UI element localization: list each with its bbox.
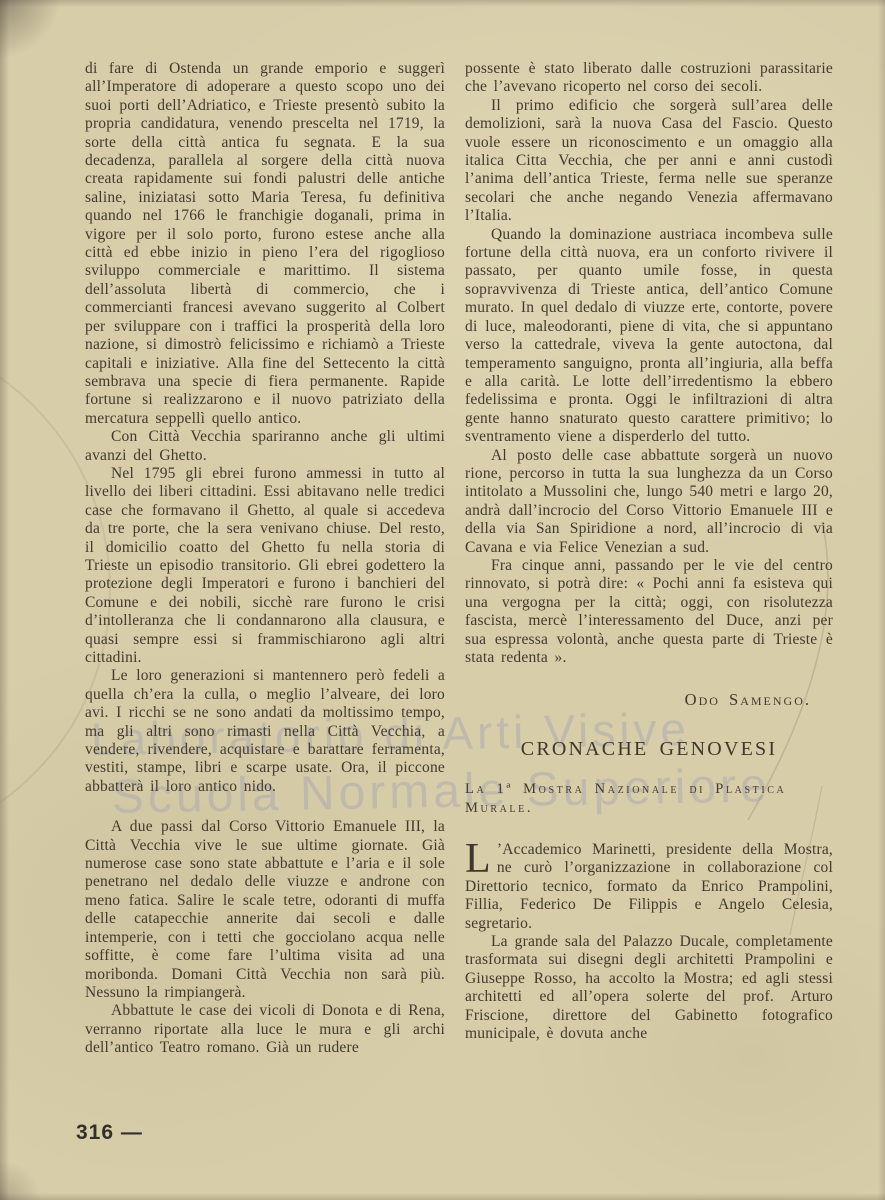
paragraph-trieste-5: A due passi dal Corso Vittorio Emanuele … [85,818,445,1002]
paragraph-trieste-8: Il primo edificio che sorgerà sull’area … [465,97,833,226]
paragraph-trieste-1: di fare di Ostenda un grande emporio e s… [85,60,445,428]
paragraph-trieste-3: Nel 1795 gli ebrei furono ammessi in tut… [85,465,445,667]
watermark: Laboratorio di Arti Visive Scuola Normal… [0,0,885,8]
paragraph-trieste-7: possente è stato liberato dalle costruzi… [465,60,833,97]
section-heading: CRONACHE GENOVESI [465,740,833,758]
paragraph-trieste-10: Al posto delle case abbattute sorgerà un… [465,447,833,557]
article-subheading: La 1ª Mostra Nazionale di Plastica Mural… [465,780,833,817]
paragraph-trieste-2: Con Città Vecchia spariranno anche gli u… [85,428,445,465]
paragraph-genova-1: L’Accademico Marinetti, presidente della… [465,841,833,933]
paragraph-trieste-6: Abbattute le case dei vicoli di Donota e… [85,1002,445,1057]
paragraph-genova-1-text: ’Accademico Marinetti, presidente della … [465,841,833,932]
paragraph-trieste-9: Quando la dominazione austriaca incombev… [465,226,833,447]
drop-cap: L [465,841,497,876]
author-signature: Odo Samengo. [465,691,833,709]
paragraph-trieste-4: Le loro generazioni si mantennero però f… [85,667,445,796]
scanned-page: Laboratorio di Arti Visive Scuola Normal… [0,0,885,1200]
paragraph-trieste-11: Fra cinque anni, passando per le vie del… [465,557,833,667]
paragraph-genova-2: La grande sala del Palazzo Ducale, compl… [465,933,833,1043]
page-number: 316 — [76,1121,143,1145]
left-column: di fare di Ostenda un grande emporio e s… [85,60,445,1058]
right-column: possente è stato liberato dalle costruzi… [465,60,833,1044]
